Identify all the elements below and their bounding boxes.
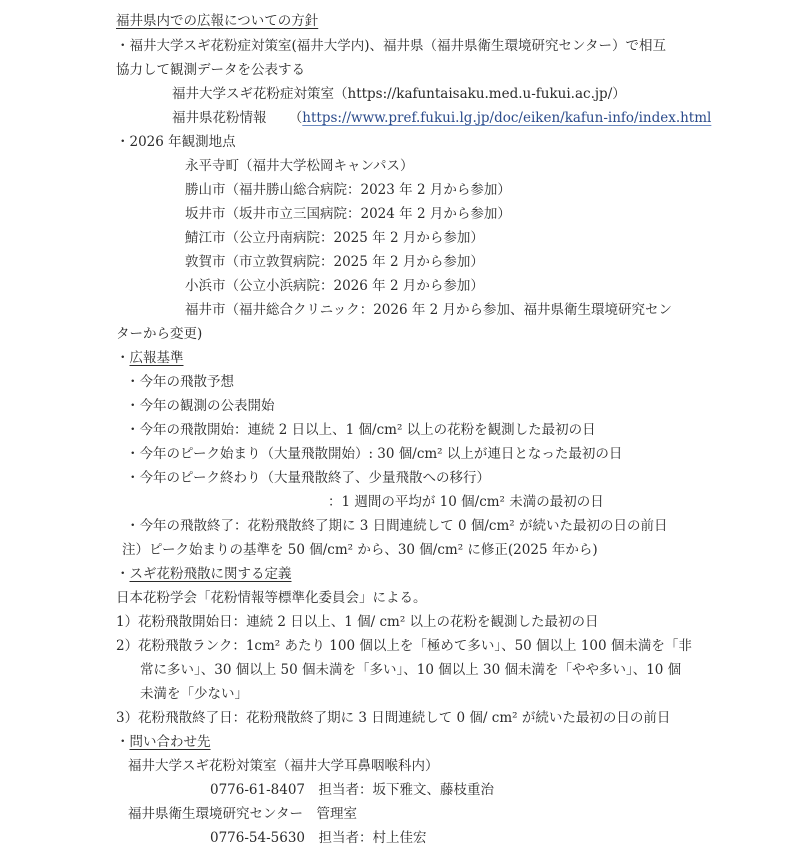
observation-point: 永平寺町（福井大学松岡キャンパス） (185, 157, 414, 175)
criteria-note: 注）ピーク始まりの基準を 50 個/cm² から、30 個/cm² に修正(20… (122, 541, 598, 559)
contact-detail: 0776-54-5630 担当者：村上佳宏 (210, 829, 427, 847)
intro-line-2: 協力して観測データを公表する (116, 61, 305, 79)
definition-item-cont: 常に多い」、30 個以上 50 個未満を「多い」、10 個以上 30 個未満を「… (140, 661, 681, 679)
contact-heading-text: 問い合わせ先 (130, 734, 211, 750)
criteria-heading: ・広報基準 (116, 349, 184, 367)
definition-item-cont: 未満を「少ない」 (140, 685, 248, 703)
observation-point: 勝山市（福井勝山総合病院：2023 年 2 月から参加） (185, 181, 511, 199)
criteria-heading-text: 広報基準 (130, 350, 184, 366)
definition-heading: ・スギ花粉飛散に関する定義 (116, 565, 292, 583)
criteria-item: ・今年の飛散終了：花粉飛散終了期に 3 日間連続して 0 個/cm² が続いた最… (126, 517, 667, 535)
observation-point: 福井市（福井総合クリニック：2026 年 2 月から参加、福井県衛生環境研究セン (185, 301, 672, 319)
definition-heading-text: スギ花粉飛散に関する定義 (130, 566, 292, 582)
bullet: ・ (116, 566, 130, 582)
contact-org: 福井県衛生環境研究センター 管理室 (128, 805, 357, 823)
criteria-item: ・今年のピーク終わり（大量飛散終了、少量飛散への移行） (126, 469, 490, 487)
definition-item: 3）花粉飛散終了日：花粉飛散終了期に 3 日間連続して 0 個/ cm² が続い… (116, 709, 670, 727)
url-paren: （ (289, 110, 303, 126)
criteria-item-cont: ：1 週間の平均が 10 個/cm² 未満の最初の日 (328, 493, 604, 511)
observation-point: 敦賀市（市立敦賀病院：2025 年 2 月から参加） (185, 253, 484, 271)
criteria-item: ・今年の飛散予想 (126, 373, 234, 391)
observation-point: 坂井市（坂井市立三国病院：2024 年 2 月から参加） (185, 205, 511, 223)
observation-point: 鯖江市（公立丹南病院：2025 年 2 月から参加） (185, 229, 484, 247)
criteria-item: ・今年のピーク始まり（大量飛散開始）: 30 個/cm² 以上が連日となった最初… (126, 445, 622, 463)
observation-point: 小浜市（公立小浜病院：2026 年 2 月から参加） (185, 277, 484, 295)
site-url: （https://kafuntaisaku.med.u-fukui.ac.jp/… (334, 86, 626, 102)
site-pref-fukui: 福井県花粉情報 （https://www.pref.fukui.lg.jp/do… (172, 109, 711, 127)
observation-heading: ・2026 年観測地点 (116, 133, 236, 151)
bullet: ・ (116, 350, 130, 366)
definition-source: 日本花粉学会「花粉情報等標準化委員会」による。 (116, 589, 427, 607)
site-name: 福井大学スギ花粉症対策室 (172, 86, 334, 102)
observation-point-wrap: ターから変更) (116, 325, 202, 343)
criteria-item: ・今年の観測の公表開始 (126, 397, 275, 415)
page-title: 福井県内での広報についての方針 (116, 12, 318, 30)
pref-kafun-link[interactable]: https://www.pref.fukui.lg.jp/doc/eiken/k… (302, 110, 711, 126)
definition-item: 2）花粉飛散ランク：1cm² あたり 100 個以上を「極めて多い」、50 個以… (116, 637, 692, 655)
definition-item: 1）花粉飛散開始日：連続 2 日以上、1 個/ cm² 以上の花粉を観測した最初… (116, 613, 599, 631)
site-u-fukui: 福井大学スギ花粉症対策室（https://kafuntaisaku.med.u-… (172, 85, 626, 103)
site-name: 福井県花粉情報 (172, 110, 267, 126)
criteria-item: ・今年の飛散開始：連続 2 日以上、1 個/cm² 以上の花粉を観測した最初の日 (126, 421, 596, 439)
contact-heading: ・問い合わせ先 (116, 733, 211, 751)
intro-line-1: ・福井大学スギ花粉症対策室(福井大学内)、福井県（福井県衛生環境研究センター）で… (116, 37, 666, 55)
contact-org: 福井大学スギ花粉対策室（福井大学耳鼻咽喉科内） (128, 757, 439, 775)
contact-detail: 0776-61-8407 担当者：坂下雅文、藤枝重治 (210, 781, 494, 799)
bullet: ・ (116, 734, 130, 750)
